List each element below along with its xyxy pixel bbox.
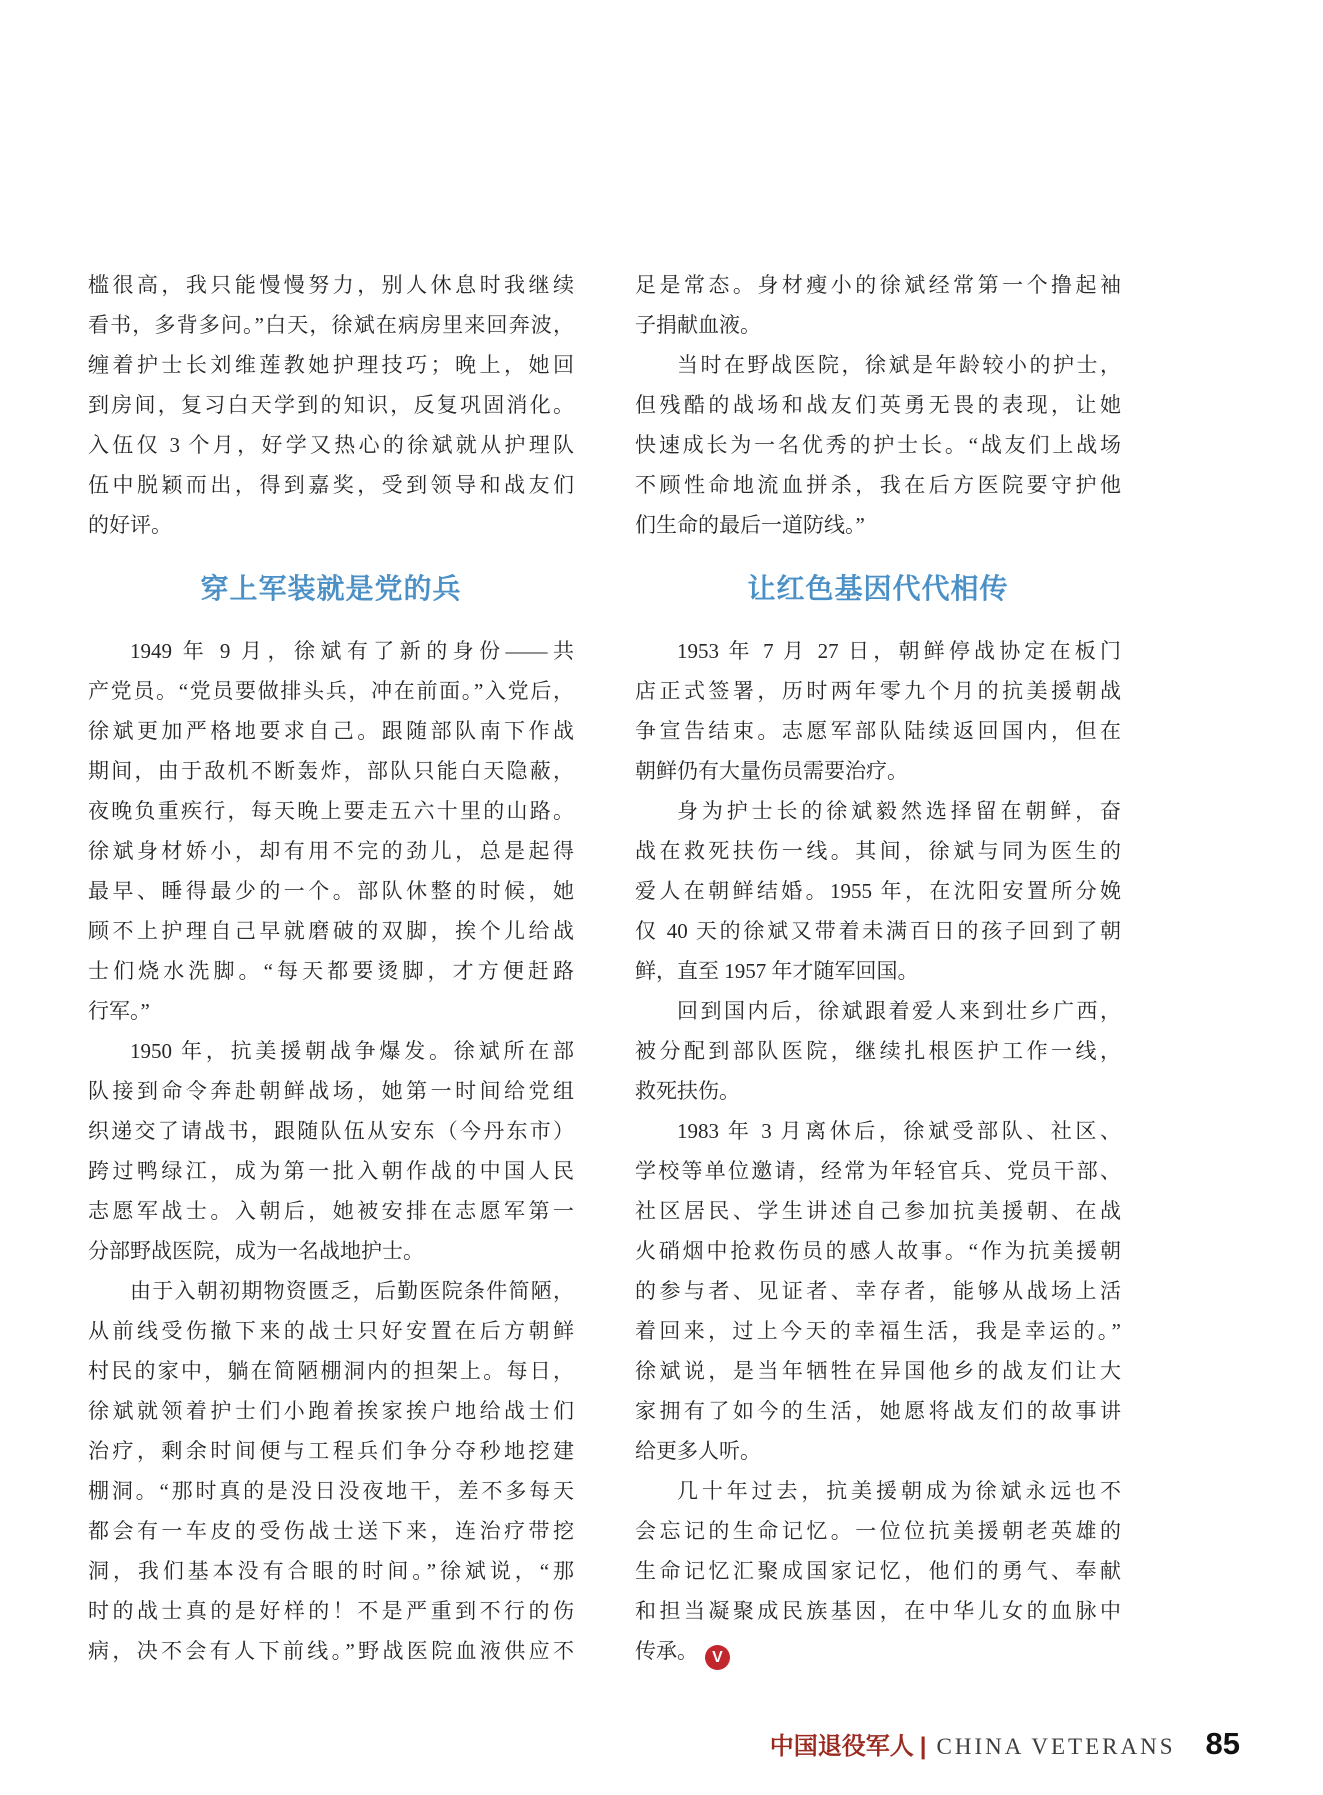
paragraph-line: 看书，多背多问。”白天，徐斌在病房里来回奔波， xyxy=(88,305,574,345)
paragraph-line: 由于入朝初期物资匮乏，后勤医院条件简陋， xyxy=(88,1271,574,1311)
paragraph-line: 徐斌更加严格地要求自己。跟随部队南下作战 xyxy=(88,711,574,751)
paragraph-line: 不顾性命地流血拼杀，我在后方医院要守护他 xyxy=(635,465,1121,505)
paragraph-line: 产党员。“党员要做排头兵，冲在前面。”入党后， xyxy=(88,671,574,711)
paragraph-line: 棚洞。“那时真的是没日没夜地干，差不多每天 xyxy=(88,1471,574,1511)
paragraph-line: 传承。V xyxy=(635,1631,1121,1671)
section-heading: 让红色基因代代相传 xyxy=(635,571,1121,607)
paragraph-line: 争宣告结束。志愿军部队陆续返回国内，但在 xyxy=(635,711,1121,751)
paragraph-line: 和担当凝聚成民族基因，在中华儿女的血脉中 xyxy=(635,1591,1121,1631)
paragraph-line: 士们烧水洗脚。“每天都要烫脚，才方便赶路 xyxy=(88,951,574,991)
paragraph-line: 顾不上护理自己早就磨破的双脚，挨个儿给战 xyxy=(88,911,574,951)
magazine-title-cn: 中国退役军人 xyxy=(770,1726,914,1761)
footer-separator: | xyxy=(920,1733,927,1761)
paragraph-line: 队接到命令奔赴朝鲜战场，她第一时间给党组 xyxy=(88,1071,574,1111)
paragraph-line: 朝鲜仍有大量伤员需要治疗。 xyxy=(635,751,1121,791)
paragraph-line: 的参与者、见证者、幸存者，能够从战场上活 xyxy=(635,1271,1121,1311)
paragraph-line: 足是常态。身材瘦小的徐斌经常第一个撸起袖 xyxy=(635,265,1121,305)
paragraph-line: 家拥有了如今的生活，她愿将战友们的故事讲 xyxy=(635,1391,1121,1431)
paragraph-line: 的好评。 xyxy=(88,505,574,545)
paragraph-line: 行军。” xyxy=(88,991,574,1031)
paragraph-line: 都会有一车皮的受伤战士送下来，连治疗带挖 xyxy=(88,1511,574,1551)
page-number: 85 xyxy=(1206,1726,1240,1762)
paragraph-line: 时的战士真的是好样的！不是严重到不行的伤 xyxy=(88,1591,574,1631)
paragraph-line: 火硝烟中抢救伤员的感人故事。“作为抗美援朝 xyxy=(635,1231,1121,1271)
paragraph-line: 伍中脱颖而出，得到嘉奖，受到领导和战友们 xyxy=(88,465,574,505)
paragraph-line: 1950 年，抗美援朝战争爆发。徐斌所在部 xyxy=(88,1031,574,1071)
paragraph-line: 子捐献血液。 xyxy=(635,305,1121,345)
paragraph-line: 鲜，直至 1957 年才随军回国。 xyxy=(635,951,1121,991)
paragraph-line: 爱人在朝鲜结婚。1955 年，在沈阳安置所分娩 xyxy=(635,871,1121,911)
paragraph-line: 仅 40 天的徐斌又带着未满百日的孩子回到了朝 xyxy=(635,911,1121,951)
paragraph-line: 1983 年 3 月离休后，徐斌受部队、社区、 xyxy=(635,1111,1121,1151)
paragraph-line: 跨过鸭绿江，成为第一批入朝作战的中国人民 xyxy=(88,1151,574,1191)
paragraph-line: 徐斌说，是当年牺牲在异国他乡的战友们让大 xyxy=(635,1351,1121,1391)
paragraph-line: 战在救死扶伤一线。其间，徐斌与同为医生的 xyxy=(635,831,1121,871)
paragraph-line: 洞，我们基本没有合眼的时间。”徐斌说，“那 xyxy=(88,1551,574,1591)
paragraph-line: 当时在野战医院，徐斌是年龄较小的护士， xyxy=(635,345,1121,385)
paragraph-line: 生命记忆汇聚成国家记忆，他们的勇气、奉献 xyxy=(635,1551,1121,1591)
paragraph-line: 着回来，过上今天的幸福生活，我是幸运的。” xyxy=(635,1311,1121,1351)
paragraph-line: 志愿军战士。入朝后，她被安排在志愿军第一 xyxy=(88,1191,574,1231)
paragraph-line: 救死扶伤。 xyxy=(635,1071,1121,1111)
paragraph-line: 给更多人听。 xyxy=(635,1431,1121,1471)
paragraph-line: 从前线受伤撤下来的战士只好安置在后方朝鲜 xyxy=(88,1311,574,1351)
page-footer: 中国退役军人 | CHINA VETERANS 85 xyxy=(770,1726,1240,1762)
paragraph-line: 几十年过去，抗美援朝成为徐斌永远也不 xyxy=(635,1471,1121,1511)
article-right-column: 足是常态。身材瘦小的徐斌经常第一个撸起袖子捐献血液。当时在野战医院，徐斌是年龄较… xyxy=(635,265,1121,1671)
paragraph-line: 快速成长为一名优秀的护士长。“战友们上战场 xyxy=(635,425,1121,465)
paragraph-line: 槛很高，我只能慢慢努力，别人休息时我继续 xyxy=(88,265,574,305)
paragraph-line: 入伍仅 3 个月，好学又热心的徐斌就从护理队 xyxy=(88,425,574,465)
paragraph-line: 缠着护士长刘维莲教她护理技巧；晚上，她回 xyxy=(88,345,574,385)
paragraph-line: 期间，由于敌机不断轰炸，部队只能白天隐蔽， xyxy=(88,751,574,791)
paragraph-line: 1949 年 9 月，徐斌有了新的身份——共 xyxy=(88,631,574,671)
paragraph-line: 治疗，剩余时间便与工程兵们争分夺秒地挖建 xyxy=(88,1431,574,1471)
paragraph-line: 最早、睡得最少的一个。部队休整的时候，她 xyxy=(88,871,574,911)
paragraph-line: 会忘记的生命记忆。一位位抗美援朝老英雄的 xyxy=(635,1511,1121,1551)
paragraph-line: 分部野战医院，成为一名战地护士。 xyxy=(88,1231,574,1271)
paragraph-line: 店正式签署，历时两年零九个月的抗美援朝战 xyxy=(635,671,1121,711)
paragraph-line: 身为护士长的徐斌毅然选择留在朝鲜，奋 xyxy=(635,791,1121,831)
paragraph-line: 学校等单位邀请，经常为年轻官兵、党员干部、 xyxy=(635,1151,1121,1191)
paragraph-line: 徐斌就领着护士们小跑着挨家挨户地给战士们 xyxy=(88,1391,574,1431)
magazine-page: { "page": { "background": "#ffffff", "bo… xyxy=(0,0,1323,1795)
paragraph-line: 回到国内后，徐斌跟着爱人来到壮乡广西， xyxy=(635,991,1121,1031)
paragraph-line: 病，决不会有人下前线。”野战医院血液供应不 xyxy=(88,1631,574,1671)
paragraph-line: 被分配到部队医院，继续扎根医护工作一线， xyxy=(635,1031,1121,1071)
section-heading: 穿上军装就是党的兵 xyxy=(88,571,574,607)
article-left-column: 槛很高，我只能慢慢努力，别人休息时我继续看书，多背多问。”白天，徐斌在病房里来回… xyxy=(88,265,574,1671)
paragraph-line: 们生命的最后一道防线。” xyxy=(635,505,1121,545)
paragraph-line: 徐斌身材娇小，却有用不完的劲儿，总是起得 xyxy=(88,831,574,871)
magazine-title-en: CHINA VETERANS xyxy=(937,1734,1176,1760)
paragraph-line: 到房间，复习白天学到的知识，反复巩固消化。 xyxy=(88,385,574,425)
paragraph-line: 社区居民、学生讲述自己参加抗美援朝、在战 xyxy=(635,1191,1121,1231)
paragraph-line: 夜晚负重疾行，每天晚上要走五六十里的山路。 xyxy=(88,791,574,831)
paragraph-line: 但残酷的战场和战友们英勇无畏的表现，让她 xyxy=(635,385,1121,425)
paragraph-line: 村民的家中，躺在简陋棚洞内的担架上。每日， xyxy=(88,1351,574,1391)
article-end-icon: V xyxy=(705,1645,730,1670)
paragraph-line: 织递交了请战书，跟随队伍从安东（今丹东市） xyxy=(88,1111,574,1151)
paragraph-line: 1953 年 7 月 27 日，朝鲜停战协定在板门 xyxy=(635,631,1121,671)
